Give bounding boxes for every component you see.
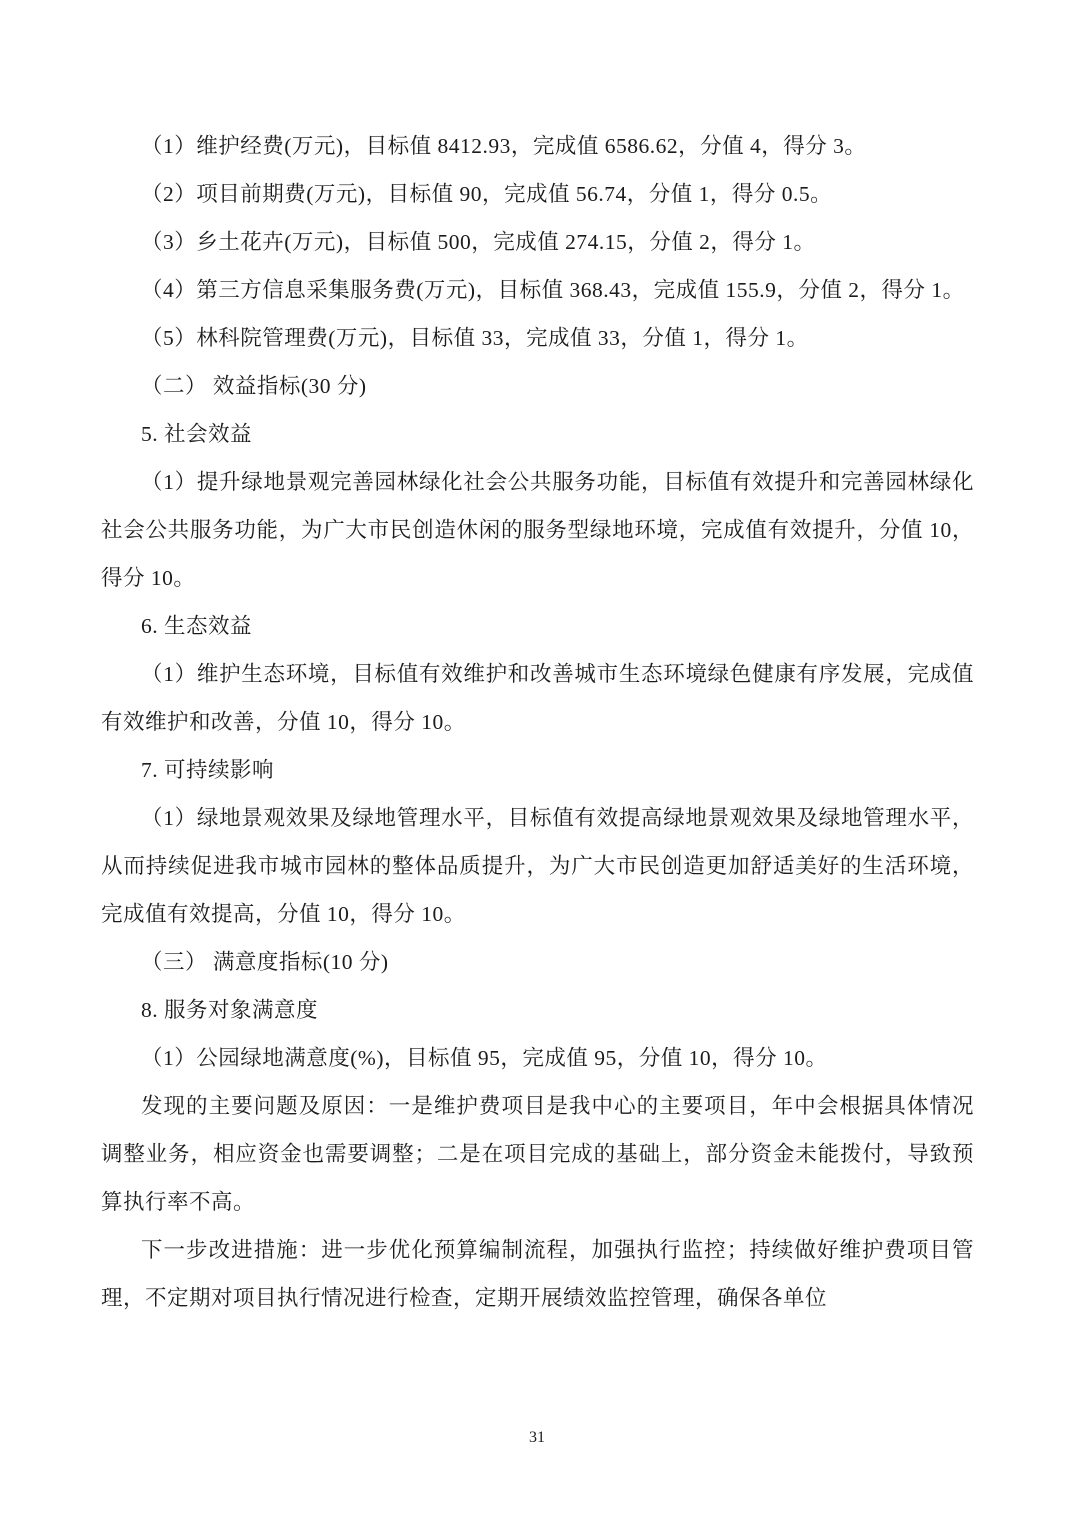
heading-service-target-satisfaction: 8. 服务对象满意度	[101, 986, 974, 1034]
paragraph-ecological-benefit-detail: （1）维护生态环境，目标值有效维护和改善城市生态环境绿色健康有序发展，完成值有效…	[101, 650, 974, 746]
document-body: （1）维护经费(万元)，目标值 8412.93，完成值 6586.62，分值 4…	[101, 122, 974, 1322]
paragraph-sustainable-impact-detail: （1）绿地景观效果及绿地管理水平，目标值有效提高绿地景观效果及绿地管理水平，从而…	[101, 794, 974, 938]
paragraph-main-problems: 发现的主要问题及原因：一是维护费项目是我中心的主要项目，年中会根据具体情况调整业…	[101, 1082, 974, 1226]
document-page: （1）维护经费(万元)，目标值 8412.93，完成值 6586.62，分值 4…	[0, 0, 1074, 1520]
paragraph-indicator-4-third-party-fee: （4）第三方信息采集服务费(万元)，目标值 368.43，完成值 155.9，分…	[101, 266, 974, 314]
heading-social-benefit: 5. 社会效益	[101, 410, 974, 458]
paragraph-indicator-3-native-flowers: （3）乡土花卉(万元)，目标值 500，完成值 274.15，分值 2，得分 1…	[101, 218, 974, 266]
heading-satisfaction-indicators: （三） 满意度指标(10 分)	[101, 938, 974, 986]
heading-benefit-indicators: （二） 效益指标(30 分)	[101, 362, 974, 410]
paragraph-indicator-1-maintenance-fee: （1）维护经费(万元)，目标值 8412.93，完成值 6586.62，分值 4…	[101, 122, 974, 170]
paragraph-social-benefit-detail: （1）提升绿地景观完善园林绿化社会公共服务功能，目标值有效提升和完善园林绿化社会…	[101, 458, 974, 602]
heading-sustainable-impact: 7. 可持续影响	[101, 746, 974, 794]
paragraph-indicator-2-early-stage-fee: （2）项目前期费(万元)，目标值 90，完成值 56.74，分值 1，得分 0.…	[101, 170, 974, 218]
page-number: 31	[529, 1429, 545, 1446]
heading-ecological-benefit: 6. 生态效益	[101, 602, 974, 650]
paragraph-park-satisfaction-detail: （1）公园绿地满意度(%)，目标值 95，完成值 95，分值 10，得分 10。	[101, 1034, 974, 1082]
page-footer: 31	[0, 1428, 1074, 1448]
paragraph-indicator-5-academy-fee: （5）林科院管理费(万元)，目标值 33，完成值 33，分值 1，得分 1。	[101, 314, 974, 362]
paragraph-next-steps: 下一步改进措施：进一步优化预算编制流程，加强执行监控；持续做好维护费项目管理，不…	[101, 1226, 974, 1322]
